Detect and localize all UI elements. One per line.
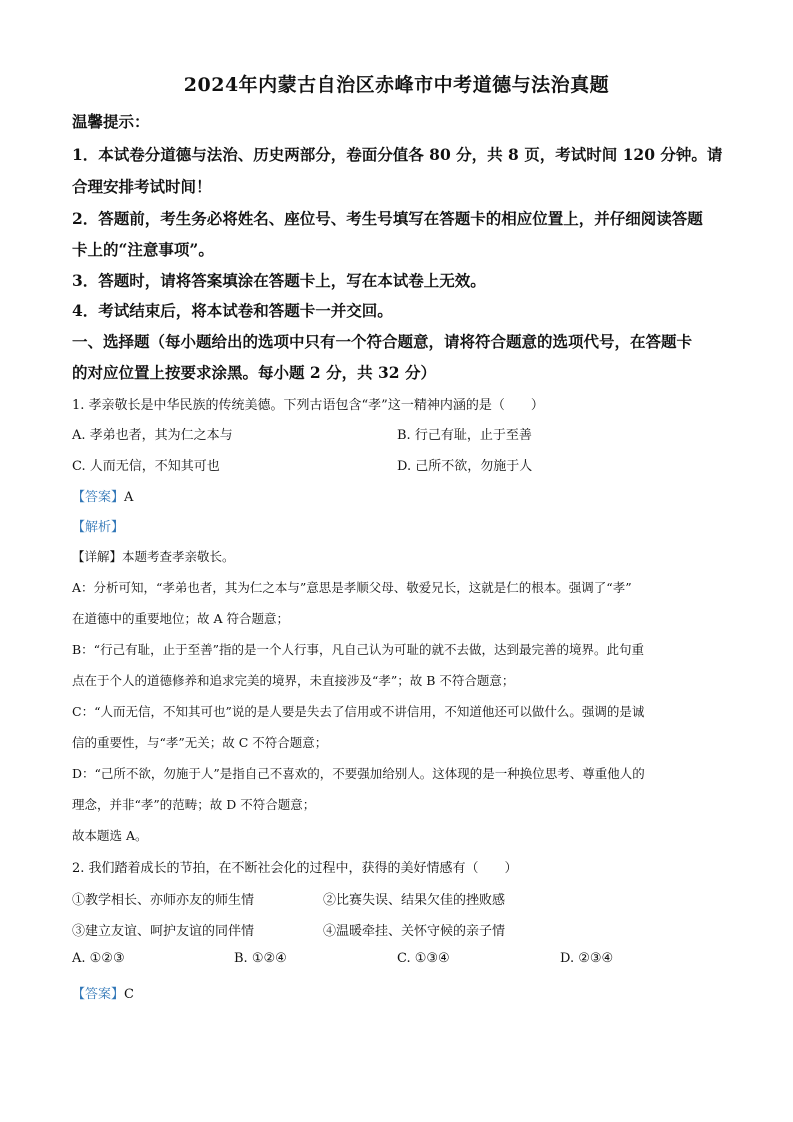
question-2-stem: 2. 我们踏着成长的节拍，在不断社会化的过程中，获得的美好情感有（ ）: [72, 857, 518, 876]
detail-line: A：分析可知，“孝弟也者，其为仁之本与”意思是孝顺父母、敬爱兄长，这就是仁的根本…: [72, 578, 632, 596]
question-2-option-d: D. ②③④: [560, 951, 613, 966]
question-1-option-d: D. 己所不欲，勿施于人: [397, 455, 532, 474]
detail-line: 在道德中的重要地位；故 A 符合题意；: [72, 609, 289, 627]
question-2-item: ④温暖牵挂、关怀守候的亲子情: [323, 920, 505, 939]
detail-line: D：“己所不欲，勿施于人”是指自己不喜欢的，不要强加给别人。这体现的是一种换位思…: [72, 764, 645, 782]
question-1-option-a: A. 孝弟也者，其为仁之本与: [72, 424, 233, 443]
notice-item: 4．考试结束后，将本试卷和答题卡一并交回。: [72, 299, 393, 321]
question-2-item: ③建立友谊、呵护友谊的同伴情: [72, 920, 254, 939]
detail-line: 故本题选 A。: [72, 826, 148, 844]
notice-item: 1．本试卷分道德与法治、历史两部分，卷面分值各 80 分，共 8 页，考试时间 …: [72, 143, 722, 165]
answer-tag: 【答案】: [72, 490, 124, 505]
answer-value: A: [124, 490, 133, 505]
section-heading: 的对应位置上按要求涂黑。每小题 2 分，共 32 分）: [72, 361, 436, 383]
detail-line: 信的重要性，与“孝”无关；故 C 不符合题意；: [72, 733, 327, 751]
detail-line: B：“行己有耻，止于至善”指的是一个人行事，凡自己认为可耻的就不去做，达到最完善…: [72, 640, 644, 658]
section-heading: 一、选择题（每小题给出的选项中只有一个符合题意，请将符合题意的选项代号，在答题卡: [72, 330, 692, 352]
question-2-option-b: B. ①②④: [234, 951, 287, 966]
notice-heading: 温馨提示：: [72, 110, 150, 132]
question-2-option-a: A. ①②③: [72, 951, 125, 966]
notice-item: 卡上的“注意事项”。: [72, 238, 214, 260]
question-2-item: ①教学相长、亦师亦友的师生情: [72, 889, 254, 908]
question-1-detail: 【详解】本题考查孝亲敬长。: [72, 547, 235, 565]
answer-value: C: [124, 987, 134, 1002]
notice-item: 2．答题前，考生务必将姓名、座位号、考生号填写在答题卡的相应位置上，并仔细阅读答…: [72, 207, 703, 229]
answer-tag: 【答案】: [72, 987, 124, 1002]
question-1-option-c: C. 人而无信，不知其可也: [72, 455, 220, 474]
question-1-option-b: B. 行己有耻，止于至善: [397, 424, 532, 443]
detail-line: 点在于个人的道德修养和追求完美的境界，未直接涉及“孝”；故 B 不符合题意；: [72, 671, 514, 689]
question-1-stem: 1. 孝亲敬长是中华民族的传统美德。下列古语包含“孝”这一精神内涵的是（ ）: [72, 394, 544, 413]
question-2-option-c: C. ①③④: [397, 951, 450, 966]
detail-tag: 【详解】: [72, 549, 122, 564]
analysis-tag: 【解析】: [72, 520, 124, 535]
page-title: 2024年内蒙古自治区赤峰市中考道德与法治真题: [0, 70, 793, 97]
document-page: 2024年内蒙古自治区赤峰市中考道德与法治真题 温馨提示： 1．本试卷分道德与法…: [0, 0, 793, 1122]
detail-line: 理念，并非“孝”的范畴；故 D 不符合题意；: [72, 795, 315, 813]
detail-line: C：“人而无信，不知其可也”说的是人要是失去了信用或不讲信用，不知道他还可以做什…: [72, 702, 644, 720]
notice-item: 合理安排考试时间！: [72, 175, 212, 197]
question-1-analysis: 【解析】: [72, 516, 124, 535]
question-2-answer: 【答案】C: [72, 983, 134, 1002]
question-2-item: ②比赛失误、结果欠佳的挫败感: [323, 889, 505, 908]
notice-item: 3．答题时，请将答案填涂在答题卡上，写在本试卷上无效。: [72, 269, 486, 291]
question-1-answer: 【答案】A: [72, 486, 133, 505]
